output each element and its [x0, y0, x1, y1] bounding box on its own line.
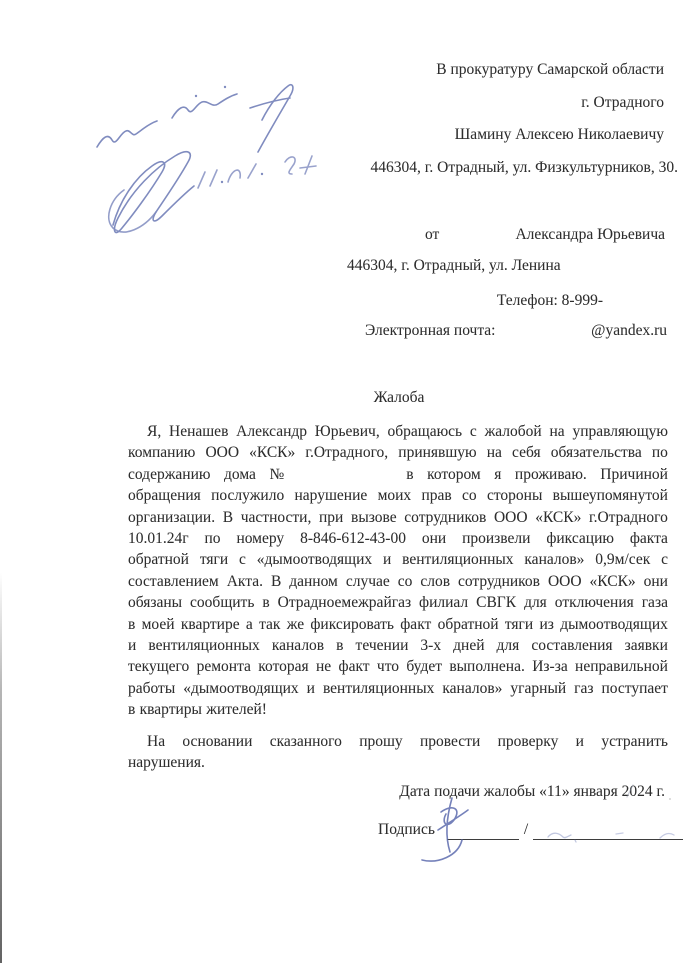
word: 3-х [420, 635, 441, 656]
word: текущего [128, 656, 189, 677]
text-line: обратнойтягис«дымоотводящихивентиляционн… [128, 549, 668, 570]
text-line: составлениемАкта.Вданномслучаесословсотр… [128, 571, 668, 592]
phone-line: Телефон: 8-999- [497, 290, 603, 311]
word: сотрудников [458, 571, 540, 592]
text-line: Я,НенашевАлександрЮрьевич,обращаюсьсжало… [128, 421, 668, 442]
word: же [287, 614, 304, 635]
from-name: Александра Юрьевича [515, 224, 665, 245]
word: на [550, 421, 565, 442]
word: основании [182, 731, 252, 752]
email-label: Электронная почта: [365, 320, 496, 341]
word: и [307, 678, 315, 699]
word: квартиры [140, 699, 202, 720]
word: не [316, 656, 331, 677]
word: в [336, 635, 343, 656]
text-line: организации.Вчастности,привызовесотрудни… [128, 507, 668, 528]
word: они [644, 571, 668, 592]
word: «КСК» [249, 442, 295, 463]
word: управляющую [572, 421, 668, 442]
word: угарный [510, 678, 566, 699]
word: вызове [351, 507, 397, 528]
word: в [128, 614, 135, 635]
word: работы [128, 678, 175, 699]
word: тяги [505, 614, 533, 635]
text-line: компаниюООО«КСК»г.Отрадного,принявшуюнас… [128, 442, 668, 463]
word: Александр [236, 421, 307, 442]
text-line: нарушения. [128, 752, 668, 773]
word: На [147, 731, 165, 752]
word: ООО [494, 507, 528, 528]
word: в [406, 464, 413, 485]
word: моих [378, 485, 412, 506]
word: Юрьевич, [315, 421, 380, 442]
from-address: 446304, г. Отрадный, ул. Ленина [347, 255, 561, 276]
email-value: @yandex.ru [591, 320, 667, 341]
word: фиксацию [546, 528, 614, 549]
word: г.Отрадного, [305, 442, 388, 463]
word: дымоотводящих [560, 614, 668, 635]
word: компанию [128, 442, 195, 463]
word: со [462, 485, 477, 506]
word: из [539, 614, 553, 635]
word: «дымоотводящих [183, 678, 298, 699]
word: В [271, 571, 281, 592]
word: послужило [211, 485, 284, 506]
word: «дымоотводящих [257, 549, 372, 570]
document-title: Жалоба [130, 387, 668, 408]
word: и [383, 549, 391, 570]
word: газ [574, 678, 593, 699]
word: слов [420, 571, 450, 592]
text-line: вмоейквартиреатакжефиксироватьфактобратн… [128, 614, 668, 635]
word: СВГК [476, 592, 516, 613]
word: сообщить [190, 592, 254, 613]
word: ООО [205, 442, 239, 463]
word: для [524, 592, 547, 613]
word: проверку [498, 731, 559, 752]
word: и [128, 635, 136, 656]
word: содержанию [128, 464, 210, 485]
word: прошу [359, 731, 402, 752]
word: организации. [128, 507, 215, 528]
word: № [269, 464, 284, 485]
word: вышеупомянутой [553, 485, 668, 506]
word: сказанного [270, 731, 342, 752]
word: себя [512, 442, 541, 463]
word: с [470, 421, 477, 442]
word: 8-846-612-43-00 [300, 528, 406, 549]
recipient-block: В прокуратуру Самарской области г. Отрад… [100, 54, 664, 184]
word: сотрудников [404, 507, 486, 528]
text-line: ивентиляционныхканаловвтечении3-хднейдля… [128, 635, 668, 656]
word: в [128, 699, 135, 720]
word: моей [142, 614, 175, 635]
word: я [494, 464, 501, 485]
word: устранить [601, 731, 668, 752]
scanned-complaint-letter: В прокуратуру Самарской области г. Отрад… [0, 0, 700, 963]
word: неправильной [575, 656, 668, 677]
word: с [239, 549, 246, 570]
word: течении [356, 635, 409, 656]
word: отключения [555, 592, 634, 613]
word: вентиляционных [323, 678, 434, 699]
word: составления [531, 635, 612, 656]
text-line: 10.01.24гпономеру8-846-612-43-00онипроиз… [128, 528, 668, 549]
recipient-line: В прокуратуру Самарской области [100, 54, 664, 87]
word: 10.01.24г [128, 528, 189, 549]
word: обязаны [128, 592, 182, 613]
word: Акта. [227, 571, 263, 592]
recipient-line: г. Отрадного [100, 87, 664, 120]
word: принявшую [398, 442, 476, 463]
word: Отрадноемежрайгаз [278, 592, 411, 613]
word: обратной [128, 549, 189, 570]
text-line: обязанысообщитьвОтрадноемежрайгазфилиалС… [128, 592, 668, 613]
word: и [576, 731, 584, 752]
word: вентиляционных [148, 635, 259, 656]
word: тяги [200, 549, 228, 570]
word: при [319, 507, 343, 528]
paragraph: Наоснованиисказанногопрошупровестипровер… [128, 731, 668, 774]
word: каналов» [524, 549, 584, 570]
word: обращаюсь [388, 421, 463, 442]
word: по [205, 528, 221, 549]
word: дома [224, 464, 256, 485]
word: а [246, 614, 253, 635]
word: произвели [462, 528, 530, 549]
word: ООО [548, 571, 582, 592]
word: нарушения. [128, 752, 205, 773]
from-label: от [425, 224, 439, 245]
word: жалобой [485, 421, 542, 442]
word: данном [289, 571, 338, 592]
word: стороны [487, 485, 542, 506]
word: «КСК» [535, 507, 581, 528]
word: фиксировать [310, 614, 394, 635]
word: со [398, 571, 413, 592]
word: проживаю. [515, 464, 587, 485]
recipient-line: Шамину Алексею Николаевичу [100, 119, 664, 152]
text-line: текущегоремонтакотораянефактчтобудетвыпо… [128, 656, 668, 677]
word: что [377, 656, 399, 677]
word: по [652, 442, 668, 463]
word: нарушение [295, 485, 368, 506]
word: г.Отрадного [589, 507, 668, 528]
word: частности, [241, 507, 312, 528]
word: обратной [438, 614, 499, 635]
body-paragraphs: Я,НенашевАлександрЮрьевич,обращаюсьсжало… [128, 421, 668, 774]
word: В [223, 507, 233, 528]
word: Из-за [532, 656, 567, 677]
word: вентиляционных [402, 549, 513, 570]
recipient-line: 446304, г. Отрадный, ул. Физкультурников… [100, 152, 678, 185]
word: дней [453, 635, 484, 656]
text-line: содержаниюдома№вкоторомяпроживаю.Причино… [128, 464, 668, 485]
word: факта [630, 528, 668, 549]
word: поступает [602, 678, 668, 699]
word: составлением [128, 571, 219, 592]
word: 0,9м/сек [595, 549, 650, 570]
word: «КСК» [590, 571, 636, 592]
text-line: работы«дымоотводящихивентиляционныхканал… [128, 678, 668, 699]
word: они [422, 528, 446, 549]
word: номеру [236, 528, 284, 549]
word: для [497, 635, 520, 656]
word: Причиной [600, 464, 668, 485]
word: Я, [147, 421, 161, 442]
word: в [262, 592, 269, 613]
word: газа [642, 592, 668, 613]
word: Ненашев [169, 421, 228, 442]
word: с [661, 549, 668, 570]
word: каналов» [442, 678, 502, 699]
word: заявки [625, 635, 668, 656]
word: факт [400, 614, 431, 635]
word: которая [258, 656, 308, 677]
word: котором [427, 464, 481, 485]
word: жителей! [206, 699, 267, 720]
word: случае [346, 571, 390, 592]
word: на [487, 442, 502, 463]
word: будет [406, 656, 442, 677]
paragraph: Я,НенашевАлександрЮрьевич,обращаюсьсжало… [128, 421, 668, 721]
word: обязательства [551, 442, 642, 463]
text-line: вквартирыжителей! [128, 699, 668, 720]
word: филиал [419, 592, 468, 613]
word: прав [421, 485, 451, 506]
text-line: Наоснованиисказанногопрошупровестипровер… [128, 731, 668, 752]
word: обращения [128, 485, 201, 506]
word: квартире [181, 614, 240, 635]
word: выполнена. [449, 656, 525, 677]
word: факт [339, 656, 370, 677]
word: каналов [272, 635, 324, 656]
word: так [259, 614, 280, 635]
text-line: обращенияпослужилонарушениемоихправсосто… [128, 485, 668, 506]
word: ремонта [197, 656, 251, 677]
redacted-blank [298, 464, 393, 485]
word: провести [420, 731, 480, 752]
handwritten-signature-icon [370, 778, 690, 878]
scan-edge-artifact [0, 572, 2, 963]
